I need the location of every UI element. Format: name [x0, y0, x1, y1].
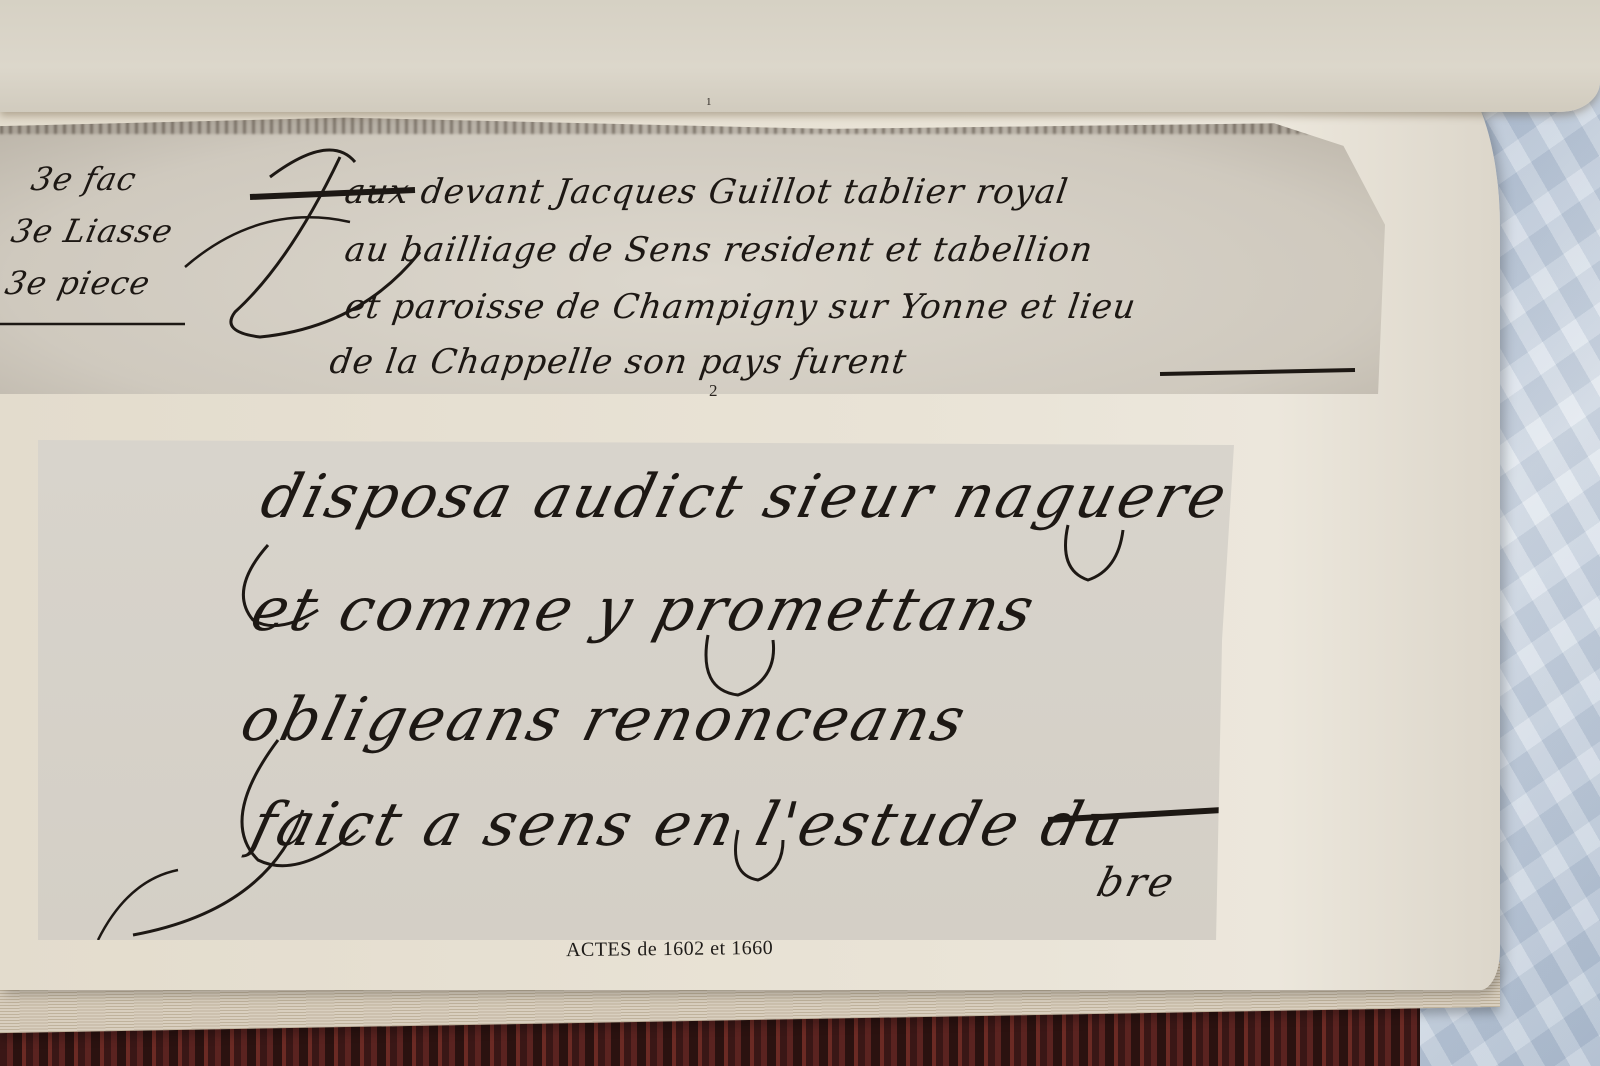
- plate-number-2: 2: [709, 381, 718, 401]
- margin-note: 3e fac: [28, 160, 140, 198]
- margin-note: 3e Liasse: [8, 212, 177, 250]
- curled-upper-page: [0, 0, 1600, 112]
- manuscript-line: aux devant Jacques Guillot tablier royal: [342, 172, 1071, 212]
- manuscript-line: de la Chappelle son pays furent: [327, 342, 909, 382]
- manuscript-line: bre: [1092, 860, 1181, 906]
- manuscript-plate-1: 3e fac 3e Liasse 3e piece aux devant Jac…: [0, 112, 1385, 394]
- manuscript-line: obligeans renonceans: [234, 685, 974, 755]
- margin-note: 3e piece: [2, 264, 154, 302]
- manuscript-plate-2: disposa audict sieur naguere et comme y …: [38, 440, 1234, 940]
- manuscript-line: et comme y promettans: [244, 575, 1043, 645]
- plate-number-1: 1: [706, 96, 712, 108]
- manuscript-line: faict a sens en l'estude du: [244, 790, 1134, 860]
- manuscript-line: au bailliage de Sens resident et tabelli…: [342, 230, 1096, 270]
- plate-caption: ACTES de 1602 et 1660: [566, 937, 773, 962]
- manuscript-line: disposa audict sieur naguere: [254, 462, 1234, 532]
- manuscript-line: et paroisse de Champigny sur Yonne et li…: [342, 287, 1139, 327]
